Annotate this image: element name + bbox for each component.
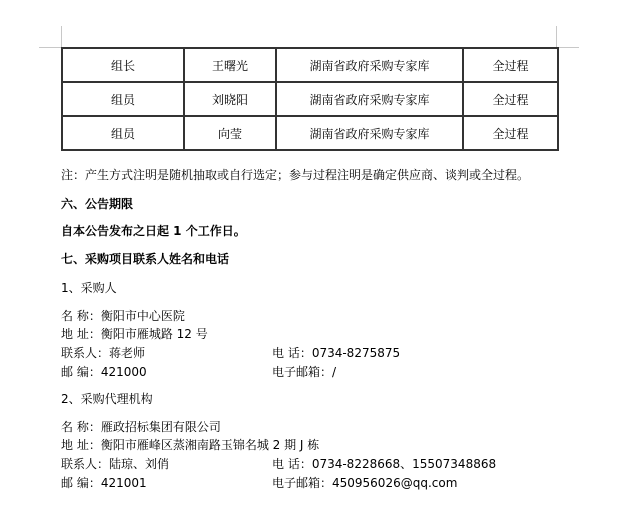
purchaser-title: 1、采购人 xyxy=(61,279,117,296)
purchaser-postcode: 邮 编：421000 xyxy=(61,363,147,380)
table-row: 组长 王曙光 湖南省政府采购专家库 全过程 xyxy=(62,48,558,82)
table-row: 组员 刘晓阳 湖南省政府采购专家库 全过程 xyxy=(62,82,558,116)
purchaser-contact: 联系人：蒋老师 xyxy=(61,344,145,361)
section7-heading: 七、采购项目联系人姓名和电话 xyxy=(61,250,229,267)
name-cell: 向莹 xyxy=(184,116,276,150)
purchaser-email: 电子邮箱：/ xyxy=(272,363,336,380)
agency-email: 电子邮箱：450956026@qq.com xyxy=(272,474,457,491)
page-margin-mark xyxy=(39,47,61,48)
source-cell: 湖南省政府采购专家库 xyxy=(276,48,463,82)
agency-name: 名 称：雁政招标集团有限公司 xyxy=(61,418,221,435)
stage-cell: 全过程 xyxy=(463,82,558,116)
stage-cell: 全过程 xyxy=(463,48,558,82)
role-cell: 组长 xyxy=(62,48,184,82)
page-margin-mark xyxy=(61,26,62,47)
agency-contact: 联系人：陆琼、刘俏 xyxy=(61,455,169,472)
table-note: 注：产生方式注明是随机抽取或自行选定；参与过程注明是确定供应商、谈判或全过程。 xyxy=(61,166,529,183)
name-cell: 刘晓阳 xyxy=(184,82,276,116)
stage-cell: 全过程 xyxy=(463,116,558,150)
table-row: 组员 向莹 湖南省政府采购专家库 全过程 xyxy=(62,116,558,150)
page-margin-mark xyxy=(557,47,579,48)
section6-body: 自本公告发布之日起 1 个工作日。 xyxy=(61,222,246,239)
role-cell: 组员 xyxy=(62,116,184,150)
source-cell: 湖南省政府采购专家库 xyxy=(276,116,463,150)
purchaser-phone: 电 话：0734-8275875 xyxy=(272,344,400,361)
agency-title: 2、采购代理机构 xyxy=(61,390,153,407)
agency-postcode: 邮 编：421001 xyxy=(61,474,147,491)
purchaser-name: 名 称：衡阳市中心医院 xyxy=(61,307,185,324)
agency-phone: 电 话：0734-8228668、15507348868 xyxy=(272,455,496,472)
purchaser-address: 地 址：衡阳市雁城路 12 号 xyxy=(61,325,208,342)
name-cell: 王曙光 xyxy=(184,48,276,82)
agency-address: 地 址：衡阳市雁峰区蒸湘南路玉锦名城 2 期 J 栋 xyxy=(61,436,319,453)
role-cell: 组员 xyxy=(62,82,184,116)
source-cell: 湖南省政府采购专家库 xyxy=(276,82,463,116)
expert-table: 组长 王曙光 湖南省政府采购专家库 全过程 组员 刘晓阳 湖南省政府采购专家库 … xyxy=(61,47,559,151)
page-margin-mark xyxy=(556,26,557,47)
section6-heading: 六、公告期限 xyxy=(61,195,133,212)
